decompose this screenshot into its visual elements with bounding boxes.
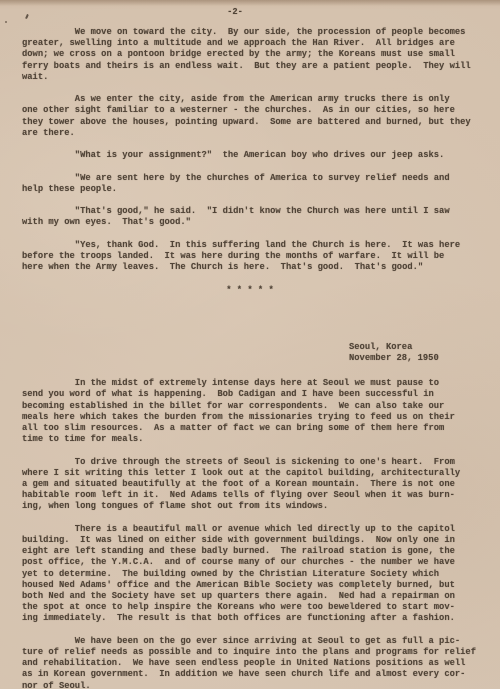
- text-line: habitable room left in it. Ned Adams tel…: [22, 490, 488, 501]
- text-line: ing, when long tongues of flame shot out…: [22, 501, 488, 512]
- text-line: housed Ned Adams' office and the America…: [22, 580, 488, 591]
- text-line: all too slim resources. As a matter of f…: [22, 423, 488, 434]
- text-line: where I sit writing this letter I look o…: [22, 468, 488, 479]
- text-line: with my own eyes. That's good.": [22, 217, 488, 228]
- text-line: "What is your assignment?" the American …: [22, 150, 488, 161]
- text-line: There is a beautiful mall or avenue whic…: [22, 524, 488, 535]
- text-line: "That's good," he said. "I didn't know t…: [22, 206, 488, 217]
- paragraph: "We are sent here by the churches of Ame…: [22, 173, 488, 195]
- text-line: In the midst of extremely intense days h…: [22, 378, 488, 389]
- paragraph: As we enter the city, aside from the Ame…: [22, 94, 488, 139]
- text-line: building. It was lined on either side wi…: [22, 535, 488, 546]
- letter-body: We move on toward the city. By our side,…: [22, 27, 488, 689]
- paragraph: We have been on the go ever since arrivi…: [22, 636, 488, 689]
- text-line: a gem and situated beautifully at the fo…: [22, 479, 488, 490]
- text-line: one other sight familiar to a westerner …: [22, 105, 488, 116]
- text-line: as in Korean government. In addition we …: [22, 669, 488, 680]
- text-line: meals here which takes the burden from t…: [22, 412, 488, 423]
- text-line: and rehabilitation. We have seen endless…: [22, 658, 488, 669]
- text-line: greater, swelling into a multitude and w…: [22, 38, 488, 49]
- asterisk-separator: * * * * *: [22, 285, 478, 296]
- paragraph: There is a beautiful mall or avenue whic…: [22, 524, 488, 625]
- dateline-date: November 28, 1950: [349, 353, 488, 364]
- paragraph: "Yes, thank God. In this suffering land …: [22, 240, 488, 274]
- text-line: "Yes, thank God. In this suffering land …: [22, 240, 488, 251]
- paper-top-edge-shadow: [0, 0, 500, 6]
- text-line: As we enter the city, aside from the Ame…: [22, 94, 488, 105]
- page-number: -2-: [22, 7, 448, 18]
- text-line: send you word of what is happening. Bob …: [22, 389, 488, 400]
- text-line: To drive through the streets of Seoul is…: [22, 457, 488, 468]
- paragraph: "That's good," he said. "I didn't know t…: [22, 206, 488, 228]
- text-line: nor of Seoul.: [22, 681, 488, 689]
- text-line: "We are sent here by the churches of Ame…: [22, 173, 488, 184]
- text-line: here when the Army leaves. The Church is…: [22, 262, 488, 273]
- text-line: post office, the Y.M.C.A. and of course …: [22, 557, 488, 568]
- paper-speck: [5, 21, 7, 23]
- text-line: We have been on the go ever since arrivi…: [22, 636, 488, 647]
- text-line: becoming established in the billet for w…: [22, 401, 488, 412]
- paragraph: "What is your assignment?" the American …: [22, 150, 488, 161]
- text-line: they tower above the houses, pointing up…: [22, 117, 488, 128]
- text-line: yet to determine. The building owned by …: [22, 569, 488, 580]
- paragraph: To drive through the streets of Seoul is…: [22, 457, 488, 513]
- letter-page: -2- We move on toward the city. By our s…: [0, 0, 500, 689]
- paragraph: We move on toward the city. By our side,…: [22, 27, 488, 83]
- text-line: ferry boats and theirs is an endless wai…: [22, 61, 488, 72]
- dateline: Seoul, Korea November 28, 1950: [349, 342, 488, 364]
- dateline-location: Seoul, Korea: [349, 342, 488, 353]
- text-line: ing immediately. The result is that both…: [22, 613, 488, 624]
- letter-section-report: In the midst of extremely intense days h…: [22, 378, 488, 689]
- text-line: eight are left standing and these badly …: [22, 546, 488, 557]
- text-line: time to time for meals.: [22, 434, 488, 445]
- paragraph: In the midst of extremely intense days h…: [22, 378, 488, 445]
- text-line: wait.: [22, 72, 488, 83]
- text-line: both Ned and the Society have set up qua…: [22, 591, 488, 602]
- text-line: the spot at once to help inspire the Kor…: [22, 602, 488, 613]
- text-line: help these people.: [22, 184, 488, 195]
- text-line: down; we cross on a pontoon bridge erect…: [22, 49, 488, 60]
- letter-section-narrative: We move on toward the city. By our side,…: [22, 27, 488, 273]
- text-line: ture of relief needs as possible and to …: [22, 647, 488, 658]
- text-line: before the troops landed. It was here du…: [22, 251, 488, 262]
- text-line: are there.: [22, 128, 488, 139]
- text-line: We move on toward the city. By our side,…: [22, 27, 488, 38]
